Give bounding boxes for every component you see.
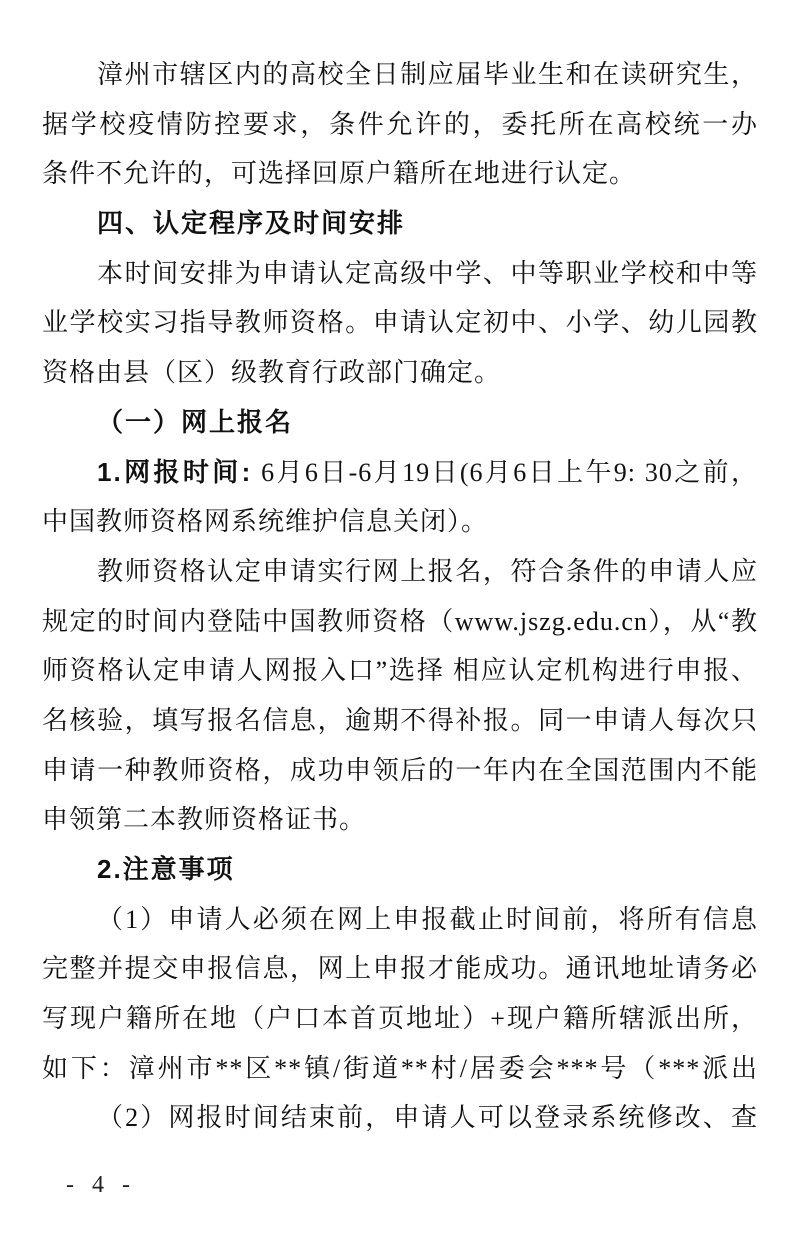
doc-line: 申领第二本教师资格证书。 xyxy=(42,795,758,845)
doc-line: 业学校实习指导教师资格。申请认定初中、小学、幼儿园教师 xyxy=(42,298,758,348)
doc-line: 1.网报时间: 6月6日-6月19日(6月6日上午9: 30之前， xyxy=(42,448,758,498)
doc-line: 规定的时间内登陆中国教师资格（www.jszg.edu.cn），从“教 xyxy=(42,597,758,647)
doc-line: （1）申请人必须在网上申报截止时间前，将所有信息填写 xyxy=(42,895,758,945)
doc-line: （2）网报时间结束前，申请人可以登录系统修改、查看申 xyxy=(42,1093,758,1143)
doc-line: 漳州市辖区内的高校全日制应届毕业生和在读研究生，根 xyxy=(42,50,758,100)
footer-page-number: - 4 - xyxy=(66,1172,136,1199)
section-4-heading: 四、认定程序及时间安排 xyxy=(42,199,758,249)
doc-line: 中国教师资格网系统维护信息关闭）。 xyxy=(42,497,758,547)
document-page: 漳州市辖区内的高校全日制应届毕业生和在读研究生，根 据学校疫情防控要求，条件允许… xyxy=(0,0,800,1247)
doc-line: 据学校疫情防控要求，条件允许的，委托所在高校统一办理； xyxy=(42,100,758,150)
doc-line: 申请一种教师资格，成功申领后的一年内在全国范围内不能再 xyxy=(42,746,758,796)
doc-line: 本时间安排为申请认定高级中学、中等职业学校和中等职 xyxy=(42,249,758,299)
doc-line: 资格由县（区）级教育行政部门确定。 xyxy=(42,348,758,398)
doc-line: 条件不允许的，可选择回原户籍所在地进行认定。 xyxy=(42,149,758,199)
item-1-text: 6月6日-6月19日(6月6日上午9: 30之前， xyxy=(252,458,758,487)
doc-line: 名核验，填写报名信息，逾期不得补报。同一申请人每次只能 xyxy=(42,696,758,746)
doc-line: 写现户籍所在地（户口本首页地址）+现户籍所辖派出所，格式 xyxy=(42,994,758,1044)
doc-line: 师资格认定申请人网报入口”选择 相应认定机构进行申报、实 xyxy=(42,646,758,696)
item-1-label: 1.网报时间: xyxy=(97,457,252,487)
doc-line: 如下：漳州市**区**镇/街道**村/居委会***号（***派出所）。 xyxy=(42,1044,758,1094)
subsection-1-heading: （一）网上报名 xyxy=(42,398,758,448)
doc-line: 教师资格认定申请实行网上报名，符合条件的申请人应在 xyxy=(42,547,758,597)
doc-line: 完整并提交申报信息，网上申报才能成功。通讯地址请务必填 xyxy=(42,944,758,994)
document-text-block: 漳州市辖区内的高校全日制应届毕业生和在读研究生，根 据学校疫情防控要求，条件允许… xyxy=(42,50,758,1143)
item-2-heading: 2.注意事项 xyxy=(42,845,758,895)
